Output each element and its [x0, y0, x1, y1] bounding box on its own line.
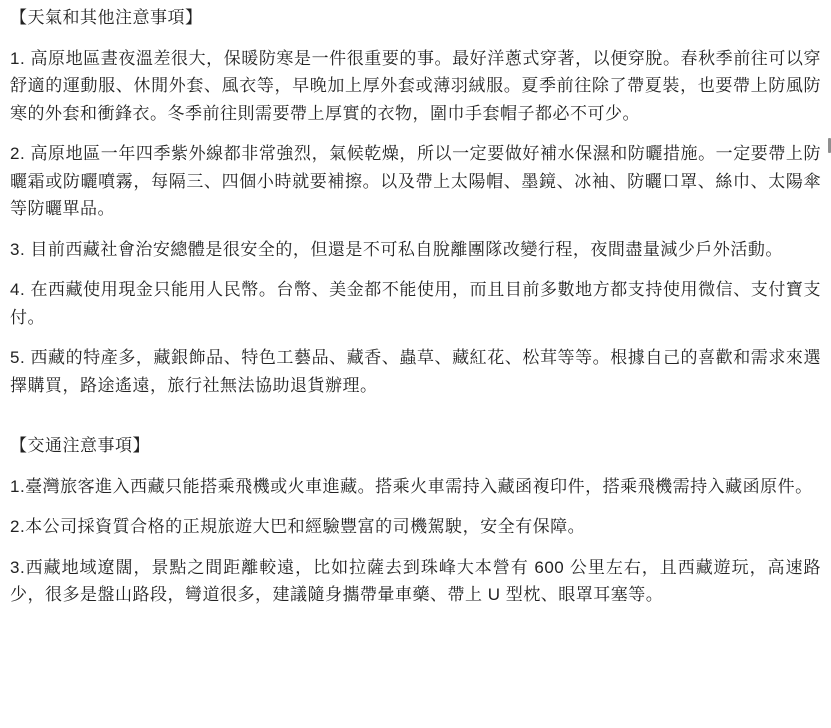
section-heading-transport-notes: 【交通注意事項】	[10, 432, 821, 460]
section-heading-weather-notes: 【天氣和其他注意事項】	[10, 4, 821, 32]
transport-paragraph-1-entry: 1.臺灣旅客進入西藏只能搭乘飛機或火車進藏。搭乘火車需持入藏函複印件，搭乘飛機需…	[10, 473, 821, 501]
transport-paragraph-3-distance: 3.西藏地域遼闊，景點之間距離較遠，比如拉薩去到珠峰大本營有 600 公里左右，…	[10, 554, 821, 609]
weather-paragraph-1-clothing: 1. 高原地區晝夜溫差很大，保暖防寒是一件很重要的事。最好洋蔥式穿著，以便穿脫。…	[10, 45, 821, 128]
weather-paragraph-2-sun-protection: 2. 高原地區一年四季紫外線都非常強烈，氣候乾燥，所以一定要做好補水保濕和防曬措…	[10, 140, 821, 223]
document-body: 【天氣和其他注意事項】 1. 高原地區晝夜溫差很大，保暖防寒是一件很重要的事。最…	[0, 0, 831, 609]
weather-paragraph-4-currency: 4. 在西藏使用現金只能用人民幣。台幣、美金都不能使用，而且目前多數地方都支持使…	[10, 276, 821, 331]
weather-paragraph-5-specialties: 5. 西藏的特產多，藏銀飾品、特色工藝品、藏香、蟲草、藏紅花、松茸等等。根據自己…	[10, 344, 821, 399]
weather-paragraph-3-safety: 3. 目前西藏社會治安總體是很安全的，但還是不可私自脫離團隊改變行程，夜間盡量減…	[10, 236, 821, 264]
transport-paragraph-2-bus-driver: 2.本公司採資質合格的正規旅遊大巴和經驗豐富的司機駕駛，安全有保障。	[10, 513, 821, 541]
